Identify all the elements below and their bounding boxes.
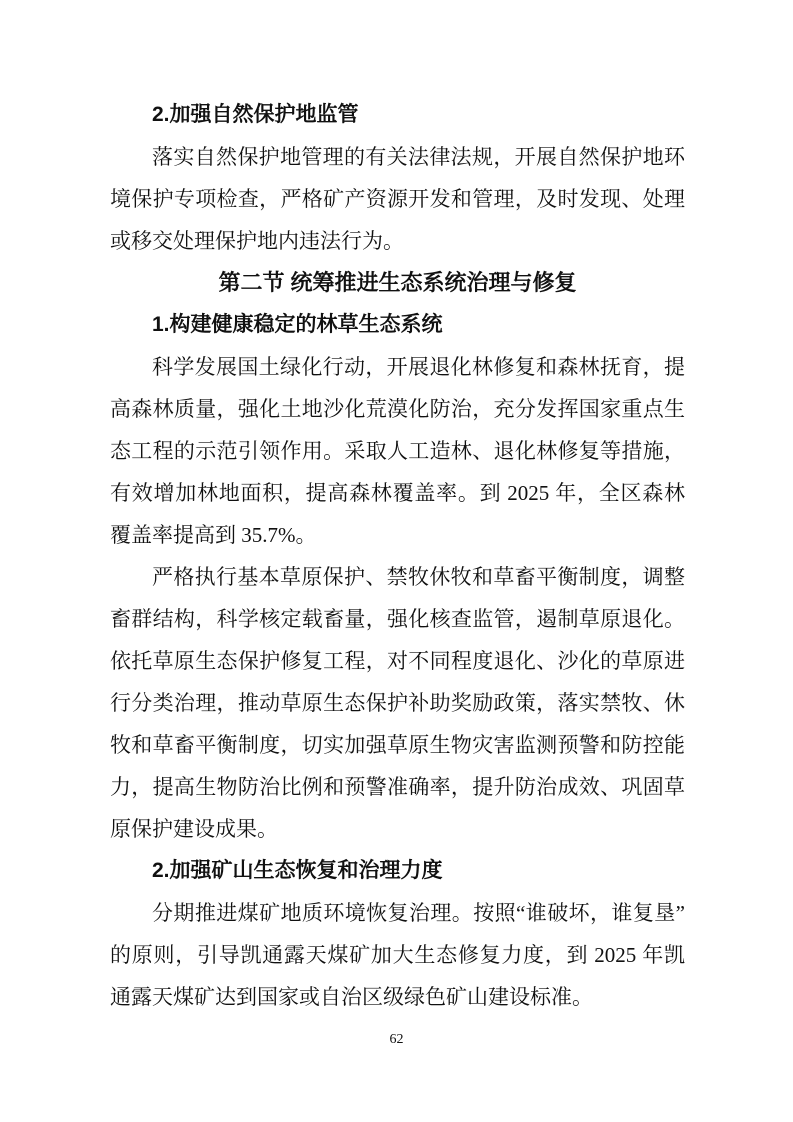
page-number: 62: [0, 1031, 793, 1049]
document-page: 2.加强自然保护地监管 落实自然保护地管理的有关法律法规，开展自然保护地环境保护…: [0, 0, 793, 1122]
para-mine-restoration: 分期推进煤矿地质环境恢复治理。按照“谁破坏，谁复垦”的原则，引导凯通露天煤矿加大…: [110, 892, 685, 1018]
para-forest-greening: 科学发展国土绿化行动，开展退化林修复和森林抚育，提高森林质量，强化土地沙化荒漠化…: [110, 346, 685, 556]
section-title-ecosystem-governance: 第二节 统筹推进生态系统治理与修复: [110, 262, 685, 304]
para-grassland-protection: 严格执行基本草原保护、禁牧休牧和草畜平衡制度，调整畜群结构，科学核定载畜量，强化…: [110, 556, 685, 850]
heading-protected-area-supervision: 2.加强自然保护地监管: [110, 94, 685, 136]
para-protected-area-regulations: 落实自然保护地管理的有关法律法规，开展自然保护地环境保护专项检查，严格矿产资源开…: [110, 136, 685, 262]
document-content: 2.加强自然保护地监管 落实自然保护地管理的有关法律法规，开展自然保护地环境保护…: [110, 94, 685, 1018]
heading-mine-restoration: 2.加强矿山生态恢复和治理力度: [110, 850, 685, 892]
heading-forest-grassland-ecosystem: 1.构建健康稳定的林草生态系统: [110, 304, 685, 346]
